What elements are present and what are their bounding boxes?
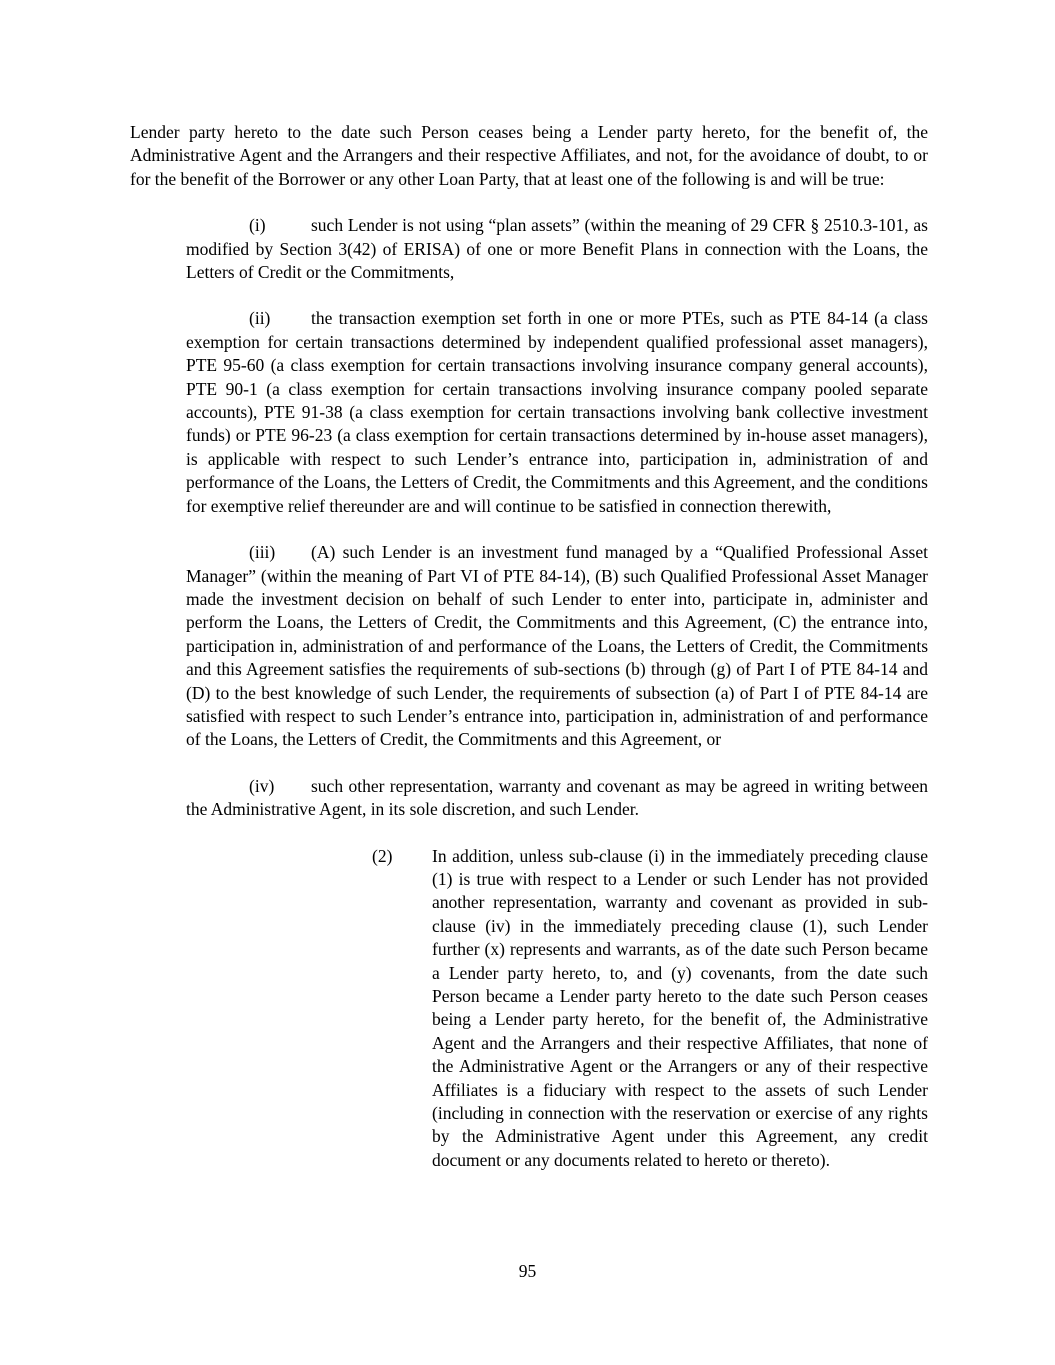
clause-ii: (ii)the transaction exemption set forth … (186, 307, 928, 518)
clause-iii-label: (iii) (249, 541, 311, 564)
clause-ii-label: (ii) (249, 307, 311, 330)
page-content: Lender party hereto to the date such Per… (130, 121, 928, 1172)
paragraph-2-label: (2) (372, 845, 432, 868)
clause-iii: (iii)(A) such Lender is an investment fu… (186, 541, 928, 752)
clause-iv: (iv)such other representation, warranty … (186, 775, 928, 822)
paragraph-intro: Lender party hereto to the date such Per… (130, 121, 928, 191)
paragraph-2: (2)In addition, unless sub-clause (i) in… (432, 845, 928, 1173)
clause-i: (i)such Lender is not using “plan assets… (186, 214, 928, 284)
paragraph-2-text: In addition, unless sub-clause (i) in th… (432, 846, 928, 1170)
clause-ii-text: the transaction exemption set forth in o… (186, 308, 928, 515)
document-page: Lender party hereto to the date such Per… (0, 0, 1055, 1365)
page-number: 95 (0, 1260, 1055, 1283)
clause-iii-text: (A) such Lender is an investment fund ma… (186, 542, 928, 749)
clause-i-label: (i) (249, 214, 311, 237)
clause-iv-label: (iv) (249, 775, 311, 798)
